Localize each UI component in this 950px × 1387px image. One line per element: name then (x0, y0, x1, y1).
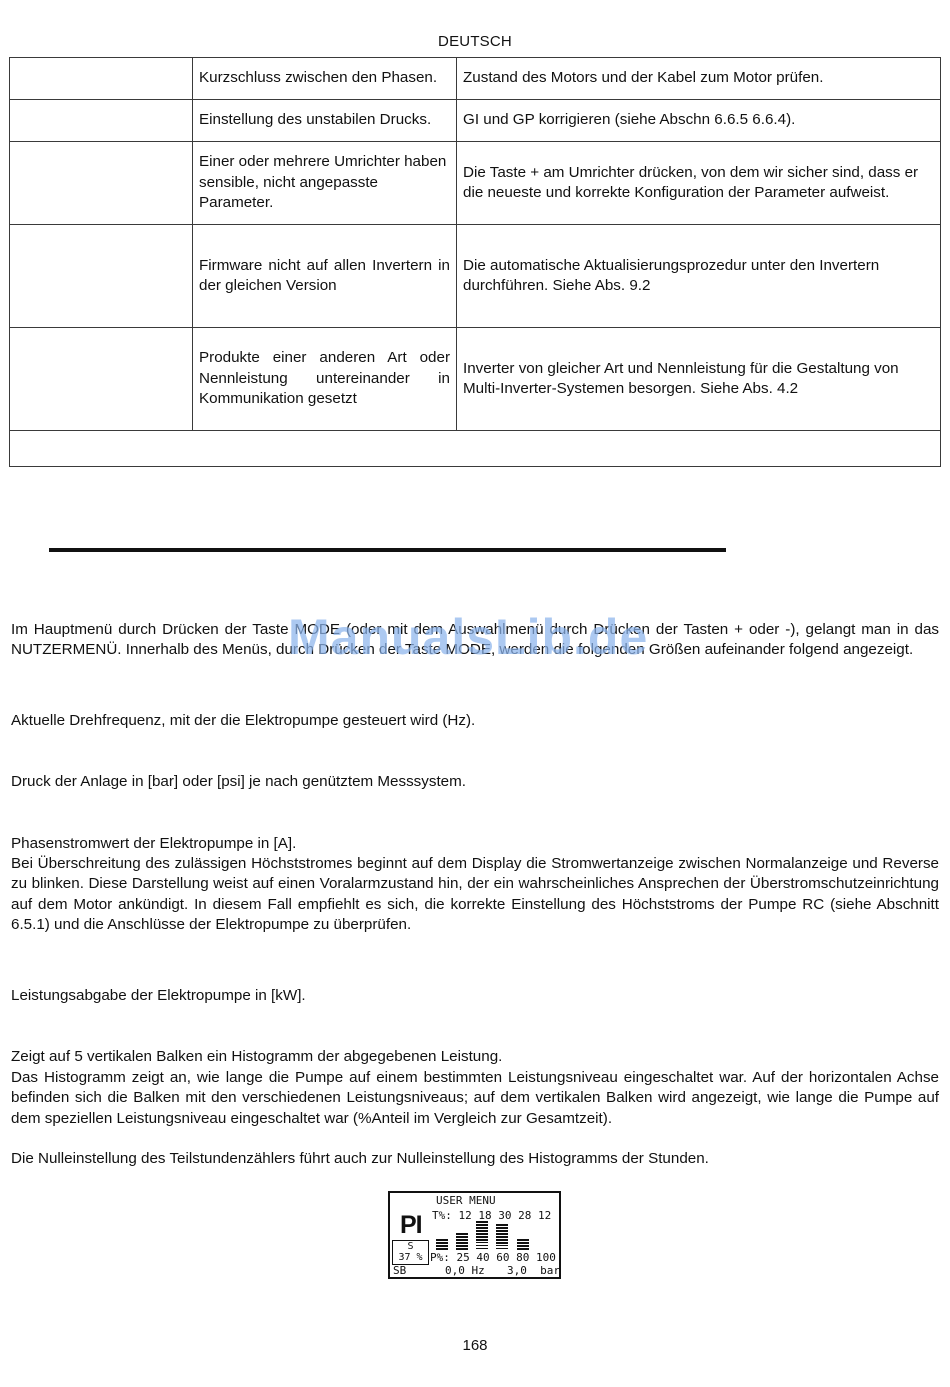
lcd-histogram-bar (496, 1224, 508, 1251)
lcd-p-label: P%: (430, 1251, 450, 1264)
table-cell-cause: Einstellung des unstabilen Drucks. (193, 100, 457, 142)
table-row: Kurzschluss zwischen den Phasen. Zustand… (10, 58, 941, 100)
table-cell-remedy: Zustand des Motors und der Kabel zum Mot… (457, 58, 941, 100)
table-row: Firmware nicht auf allen Invertern in de… (10, 225, 941, 328)
lcd-histogram-bar (476, 1221, 488, 1251)
lcd-histogram-bar (517, 1239, 529, 1251)
lcd-histogram-bar (456, 1233, 468, 1251)
pressure-paragraph: Druck der Anlage in [bar] oder [psi] je … (11, 772, 939, 792)
table-cell-remedy: Inverter von gleicher Art und Nennleistu… (457, 328, 941, 431)
section-rule (49, 548, 726, 552)
lcd-frequency: 0,0 Hz (445, 1264, 485, 1277)
table-cell-empty (10, 142, 193, 225)
table-cell-remedy: Die automatische Aktualisierungsprozedur… (457, 225, 941, 328)
lcd-status-box: S 37 % (392, 1240, 429, 1265)
histogram-title: Zeigt auf 5 vertikalen Balken ein Histog… (11, 1047, 939, 1067)
table-cell-cause: Einer oder mehrere Umrichter haben sensi… (193, 142, 457, 225)
lcd-power-percent-row: P%: 25 40 60 80 100 (430, 1251, 556, 1264)
lcd-state: SB (393, 1264, 406, 1277)
page-number: 168 (0, 1337, 950, 1354)
table-row: Einstellung des unstabilen Drucks. GI un… (10, 100, 941, 142)
lcd-pressure: 3,0 bar (507, 1264, 560, 1277)
table-cell-cause: Produkte einer anderen Art oder Nennleis… (193, 328, 457, 431)
table-cell-remedy: GI und GP korrigieren (siehe Abschn 6.6.… (457, 100, 941, 142)
lcd-time-values: 12 18 30 28 12 (452, 1209, 551, 1222)
table-row-empty (10, 431, 941, 467)
table-cell-empty (10, 328, 193, 431)
histogram-paragraph: Das Histogramm zeigt an, wie lange die P… (11, 1068, 939, 1129)
table-cell-empty (10, 58, 193, 100)
table-cell-empty (10, 100, 193, 142)
troubleshooting-table: Kurzschluss zwischen den Phasen. Zustand… (9, 57, 941, 467)
lcd-display: USER MENU PI T%: 12 18 30 28 12 S 37 % P… (388, 1191, 561, 1279)
table-row: Einer oder mehrere Umrichter haben sensi… (10, 142, 941, 225)
lcd-time-percent-row: T%: 12 18 30 28 12 (432, 1209, 551, 1222)
lcd-histogram-bar (436, 1239, 448, 1251)
lcd-power-values: 25 40 60 80 100 (450, 1251, 556, 1264)
lcd-title: USER MENU (436, 1194, 496, 1207)
table-cell-empty (10, 431, 941, 467)
current-paragraph: Bei Überschreitung des zulässigen Höchst… (11, 854, 939, 935)
table-cell-empty (10, 225, 193, 328)
current-title: Phasenstromwert der Elektropumpe in [A]. (11, 834, 939, 854)
table-row: Produkte einer anderen Art oder Nennleis… (10, 328, 941, 431)
intro-paragraph: Im Hauptmenü durch Drücken der Taste MOD… (11, 620, 939, 661)
lcd-status-value: 37 % (393, 1252, 428, 1263)
frequency-paragraph: Aktuelle Drehfrequenz, mit der die Elekt… (11, 711, 939, 731)
table-cell-cause: Kurzschluss zwischen den Phasen. (193, 58, 457, 100)
table-cell-remedy: Die Taste + am Umrichter drücken, von de… (457, 142, 941, 225)
lcd-status-symbol: S (393, 1241, 428, 1252)
lcd-t-label: T%: (432, 1209, 452, 1222)
table-cell-cause: Firmware nicht auf allen Invertern in de… (193, 225, 457, 328)
power-paragraph: Leistungsabgabe der Elektropumpe in [kW]… (11, 986, 939, 1006)
language-header: DEUTSCH (0, 33, 950, 50)
lcd-code: PI (400, 1211, 422, 1240)
histogram-reset-paragraph: Die Nulleinstellung des Teilstundenzähle… (11, 1149, 939, 1169)
